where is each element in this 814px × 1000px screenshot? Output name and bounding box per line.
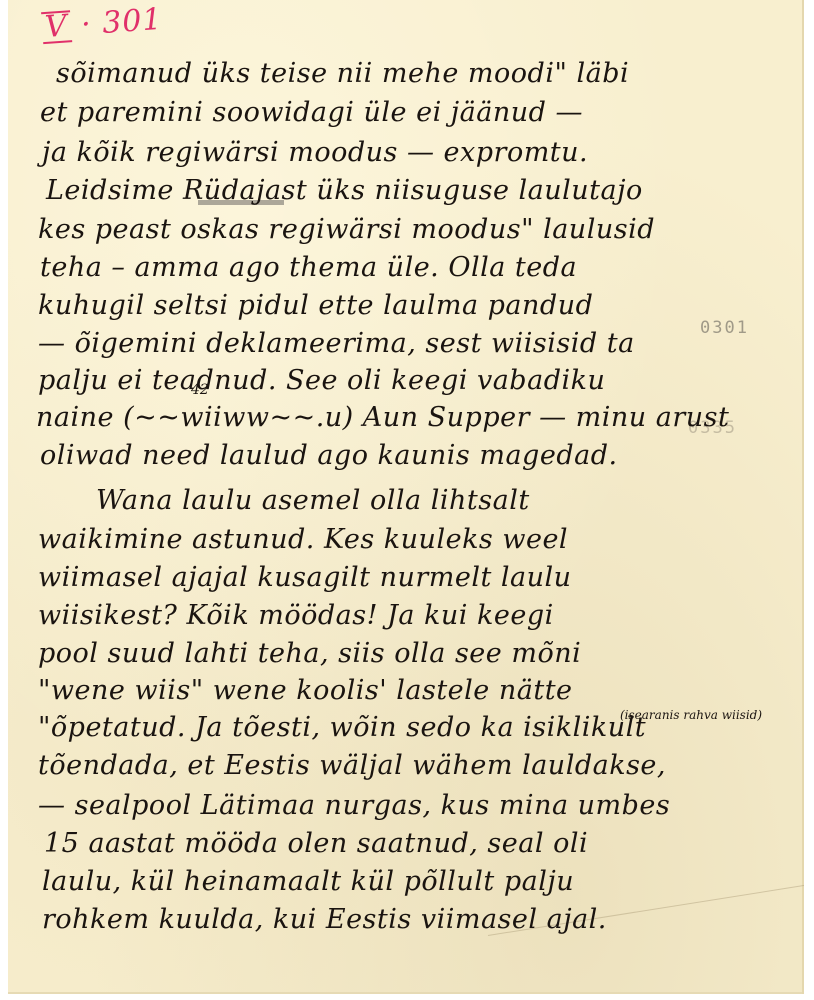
handwritten-line-11: oliwad need laulud ago kaunis magedad. bbox=[40, 440, 618, 471]
superscript-correction: 42 bbox=[191, 382, 209, 398]
handwritten-line-16: pool suud lahti teha, siis olla see mõni bbox=[38, 638, 581, 669]
marginal-note: (isearanis rahva wiisid) bbox=[620, 708, 762, 722]
handwritten-line-8: — õigemini deklameerima, sest wiisisid t… bbox=[38, 328, 635, 359]
handwritten-line-21: 15 aastat mööda olen saatnud, seal oli bbox=[44, 828, 588, 859]
handwritten-line-6: teha – amma ago thema üle. Olla teda bbox=[40, 252, 577, 283]
handwritten-line-12: Wana laulu asemel olla lihtsalt bbox=[96, 485, 530, 516]
handwritten-line-10: naine (~~wiiww~~.u) Aun Supper — minu ar… bbox=[36, 402, 729, 433]
handwritten-line-18: "õpetatud. Ja tõesti, wõin sedo ka isikl… bbox=[38, 712, 646, 743]
page-number-stamp: 0301 bbox=[700, 318, 749, 338]
handwritten-line-2: et paremini soowidagi üle ei jäänud — bbox=[40, 97, 583, 128]
handwritten-line-14: wiimasel ajajal kusagilt nurmelt laulu bbox=[38, 562, 572, 593]
archive-reference-mark: V · 301 bbox=[41, 2, 164, 45]
archive-roman-numeral: V bbox=[41, 10, 72, 44]
handwritten-line-20: — sealpool Lätimaa nurgas, kus mina umbe… bbox=[38, 790, 670, 821]
handwritten-line-23: rohkem kuulda, kui Eestis viimasel ajal. bbox=[42, 904, 607, 935]
handwritten-line-22: laulu, kül heinamaalt kül põllult palju bbox=[42, 866, 574, 897]
archive-dot: · bbox=[80, 7, 93, 43]
handwritten-line-19: tõendada, et Eestis wäljal wähem lauldak… bbox=[38, 750, 666, 781]
archive-page-number: 301 bbox=[101, 2, 164, 41]
scan-border bbox=[804, 0, 814, 1000]
handwritten-line-4: Leidsime Rüdajast üks niisuguse laulutaj… bbox=[46, 175, 643, 206]
handwritten-line-3: ja kõik regiwärsi moodus — expromtu. bbox=[42, 137, 588, 168]
handwritten-line-13: waikimine astunud. Kes kuuleks weel bbox=[38, 524, 568, 555]
handwritten-line-5: kes peast oskas regiwärsi moodus" laulus… bbox=[38, 214, 655, 245]
handwritten-line-1: sõimanud üks teise nii mehe moodi" läbi bbox=[56, 58, 629, 89]
manuscript-page: V · 301 0301 0335 sõimanud üks teise nii… bbox=[8, 0, 804, 994]
handwritten-line-17: "wene wiis" wene koolis' lastele nätte bbox=[38, 675, 573, 706]
handwritten-line-7: kuhugil seltsi pidul ette laulma pandud bbox=[38, 290, 593, 321]
handwritten-line-9: palju ei teadnud. See oli keegi vabadiku bbox=[38, 365, 605, 396]
handwritten-line-15: wiisikest? Kõik möödas! Ja kui keegi bbox=[38, 600, 554, 631]
